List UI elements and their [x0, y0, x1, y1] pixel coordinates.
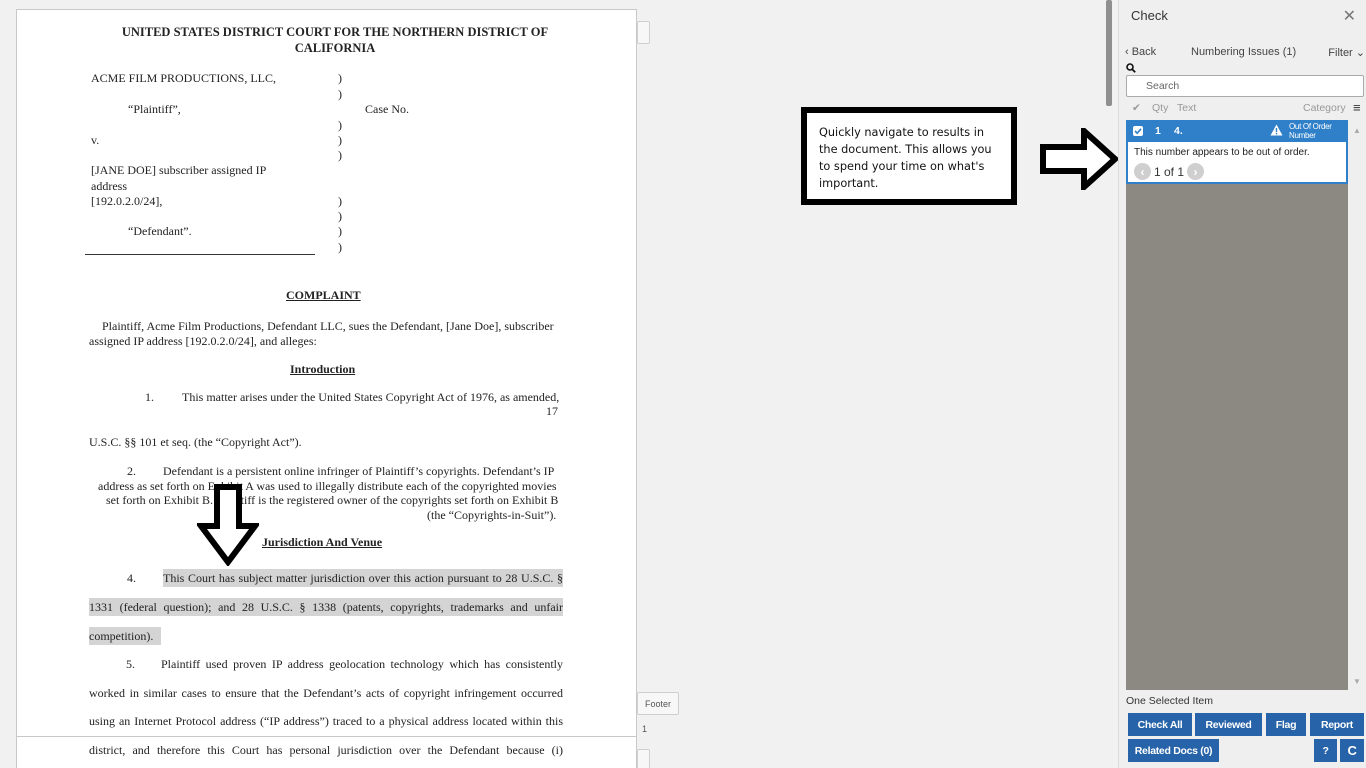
- document-page[interactable]: [16, 9, 637, 768]
- app-window: UNITED STATES DISTRICT COURT FOR THE NOR…: [0, 0, 1366, 768]
- result-pager: ‹ 1 of 1 ›: [1134, 163, 1204, 180]
- caption-paren: ): [338, 87, 342, 102]
- page-break: [16, 736, 637, 737]
- highlighted-result-line[interactable]: 1331 (federal question); and 28 U.S.C. §…: [89, 598, 563, 616]
- category-column[interactable]: Category: [1303, 102, 1346, 114]
- section-title: Numbering Issues (1): [1191, 46, 1296, 58]
- defendant-line-1: [JANE DOE] subscriber assigned IP: [91, 163, 266, 178]
- para-number: 2.: [127, 464, 136, 479]
- close-icon[interactable]: ✕: [1343, 6, 1356, 26]
- paragraph-line: district, and therefore this Court has p…: [89, 743, 563, 758]
- result-category: Out Of Order Number: [1289, 122, 1337, 140]
- flag-button[interactable]: Flag: [1266, 713, 1306, 736]
- result-qty: 1: [1155, 125, 1161, 137]
- defendant-line-3: [192.0.2.0/24],: [91, 194, 162, 209]
- introduction-heading: Introduction: [290, 362, 355, 377]
- result-checkbox[interactable]: [1133, 126, 1143, 136]
- column-header: ✔ Qty Text Category ≡: [1127, 102, 1366, 118]
- results-scrollbar[interactable]: ▲ ▼: [1348, 120, 1366, 690]
- paragraph-line: Defendant is a persistent online infring…: [163, 464, 554, 479]
- intro-paragraph-line: assigned IP address [192.0.2.0/24], and …: [89, 334, 317, 349]
- previous-icon[interactable]: ‹: [1134, 163, 1151, 180]
- result-text: 4.: [1174, 125, 1183, 137]
- arrow-down-icon: [197, 484, 259, 566]
- caption-paren: ): [338, 224, 342, 239]
- search-icon[interactable]: [1126, 63, 1136, 73]
- related-docs-button[interactable]: Related Docs (0): [1128, 739, 1219, 762]
- result-item[interactable]: 1 4. Out Of Order Number: [1126, 120, 1348, 142]
- check-panel: Check ✕ ‹ Back Numbering Issues (1) Filt…: [1118, 0, 1366, 768]
- paragraph-line: address as set forth on Exhibit A was us…: [98, 479, 557, 494]
- paragraph-line: (the “Copyrights-in-Suit”).: [427, 508, 556, 523]
- next-icon[interactable]: ›: [1187, 163, 1204, 180]
- scroll-down-icon[interactable]: ▼: [1353, 677, 1361, 686]
- check-column-icon[interactable]: ✔: [1132, 102, 1141, 114]
- plaintiff-name: ACME FILM PRODUCTIONS, LLC,: [91, 71, 276, 86]
- menu-icon[interactable]: ≡: [1353, 100, 1361, 115]
- jurisdiction-heading: Jurisdiction And Venue: [262, 535, 382, 550]
- help-button[interactable]: ?: [1314, 739, 1337, 762]
- paragraph-line: worked in similar cases to ensure that t…: [89, 686, 563, 701]
- result-details: This number appears to be out of order. …: [1126, 142, 1348, 184]
- paragraph-line: Plaintiff used proven IP address geoloca…: [161, 657, 563, 672]
- header-toggle-button[interactable]: [637, 21, 650, 44]
- caption-paren: ): [338, 71, 342, 86]
- result-message: This number appears to be out of order.: [1134, 147, 1310, 158]
- text-column[interactable]: Text: [1177, 102, 1196, 114]
- arrow-right-icon: [1040, 128, 1118, 190]
- callout-box: Quickly navigate to results in the docum…: [801, 107, 1017, 205]
- reviewed-button[interactable]: Reviewed: [1195, 713, 1262, 736]
- caption-paren: ): [338, 209, 342, 224]
- court-title: UNITED STATES DISTRICT COURT FOR THE NOR…: [90, 24, 580, 56]
- results-list: 1 4. Out Of Order Number This number app…: [1126, 120, 1348, 690]
- warning-icon: [1270, 124, 1283, 136]
- complaint-heading: COMPLAINT: [286, 288, 361, 303]
- paragraph-line: 17: [546, 404, 558, 419]
- plaintiff-role: “Plaintiff”,: [128, 102, 181, 117]
- case-no-label: Case No.: [365, 102, 409, 117]
- para-number: 4.: [127, 571, 136, 586]
- callout-text: Quickly navigate to results in the docum…: [819, 124, 999, 192]
- caption-paren: ): [338, 133, 342, 148]
- next-page-box[interactable]: [637, 749, 650, 768]
- paragraph-line: This matter arises under the United Stat…: [182, 390, 559, 405]
- caption-underline: [85, 254, 315, 255]
- footer-button[interactable]: Footer: [637, 692, 679, 715]
- report-button[interactable]: Report: [1310, 713, 1364, 736]
- caption-paren: ): [338, 240, 342, 255]
- check-all-button[interactable]: Check All: [1128, 713, 1192, 736]
- paragraph-line: U.S.C. §§ 101 et seq. (the “Copyright Ac…: [89, 435, 302, 450]
- selection-status: One Selected Item: [1126, 695, 1213, 707]
- pager-text: 1 of 1: [1154, 165, 1184, 179]
- footer-value: 1: [642, 724, 647, 734]
- scroll-up-icon[interactable]: ▲: [1353, 126, 1361, 135]
- intro-paragraph-line: Plaintiff, Acme Film Productions, Defend…: [102, 319, 554, 334]
- refresh-button[interactable]: C: [1340, 739, 1364, 762]
- para-number: 5.: [126, 657, 135, 672]
- paragraph-line: using an Internet Protocol address (“IP …: [89, 714, 563, 729]
- para-number: 1.: [145, 390, 154, 405]
- document-scrollbar[interactable]: [1106, 0, 1112, 106]
- back-button[interactable]: ‹ Back: [1125, 46, 1156, 58]
- highlighted-result-line[interactable]: This Court has subject matter jurisdicti…: [163, 569, 563, 587]
- qty-column[interactable]: Qty: [1152, 102, 1168, 114]
- paragraph-line: set forth on Exhibit B. Plaintiff is the…: [106, 493, 558, 508]
- filter-dropdown[interactable]: Filter ⌄: [1328, 46, 1365, 59]
- versus: v.: [91, 133, 99, 148]
- highlighted-result-line[interactable]: competition).: [89, 627, 161, 645]
- caption-paren: ): [338, 148, 342, 163]
- panel-title: Check: [1131, 8, 1168, 23]
- caption-paren: ): [338, 118, 342, 133]
- defendant-line-2: address: [91, 179, 127, 194]
- caption-paren: ): [338, 194, 342, 209]
- defendant-role: “Defendant”.: [128, 224, 192, 239]
- search-input[interactable]: Search: [1126, 75, 1364, 97]
